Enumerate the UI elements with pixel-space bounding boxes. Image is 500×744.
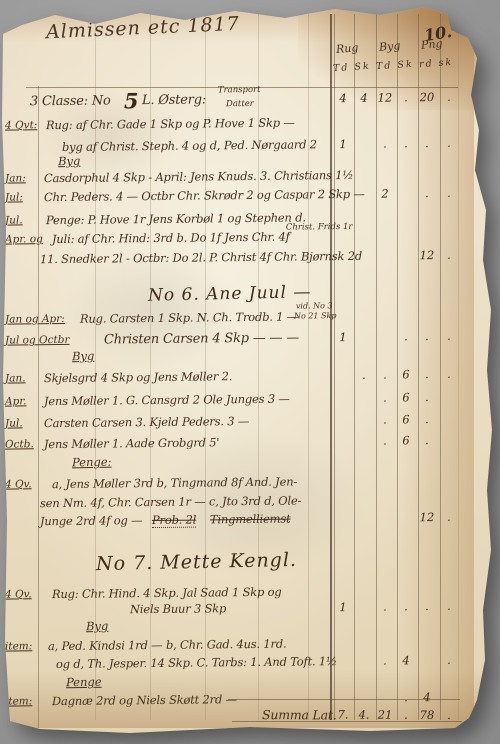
cell-byg-td: .: [376, 412, 394, 426]
entry-text: Jens Møller 1. Aade Grobgrd 5': [44, 435, 219, 451]
entry-text: Rug: af Chr. Gade 1 Skp og P. Hove 1 Skp…: [46, 116, 295, 133]
subheader-byg: Byg: [58, 154, 81, 168]
column-subheader-byg: Td Sk: [376, 59, 414, 73]
ledger-row: Apr. Jens Møller 1. G. Cansgrd 2 Ole Jun…: [0, 389, 500, 414]
cell-png-sk: .: [440, 136, 458, 150]
ledger-row: Jul: Chr. Peders. 4 — Octbr Chr. Skrødr …: [0, 185, 500, 210]
photo-background: Almissen etc 1817 10. Rug Td Sk Byg Td S…: [0, 0, 500, 744]
cell-byg-sk: 6: [397, 390, 415, 404]
section-heading-no6: No 6. Ane Juul —: [148, 282, 312, 305]
ledger-row: og d, Th. Jesper. 14 Skp. C. Tarbs: 1. A…: [0, 652, 500, 677]
margin-label: Jul:: [5, 191, 23, 203]
entry-text: Christen Carsen 4 Skp — — —: [104, 330, 299, 347]
ledger-row: Jan. Skjelsgrd 4 Skp og Jens Møller 2. .…: [0, 366, 500, 391]
cell-png-rd: 12: [418, 248, 436, 262]
ledger-row: Octb. Jens Møller 1. Aade Grobgrd 5' . 6…: [0, 432, 500, 457]
margin-label: Jul.: [5, 214, 23, 226]
margin-label: Jul og Octbr: [5, 334, 70, 347]
entry-note-line1: vid. No 3: [296, 301, 333, 310]
column-header-rug: Rug: [335, 41, 358, 56]
subheader-penge: Penge: [66, 675, 102, 690]
entry-text: a, Ped. Kindsi 1rd — b, Chr. Gad. 4us. 1…: [48, 637, 287, 653]
entry-text: L. Østerg:: [142, 92, 206, 108]
margin-label: Octb.: [5, 438, 34, 450]
cell-byg-td: .: [376, 599, 394, 613]
margin-label: Apr.: [5, 395, 27, 407]
summa-label: Summa Lat.: [262, 707, 337, 722]
cell-png-rd: .: [418, 599, 436, 613]
column-header-png: Png: [420, 37, 443, 52]
cell-png-sk: .: [440, 510, 458, 524]
entry-text: byg af Christ. Steph. 4 og d, Ped. Nørga…: [62, 137, 317, 154]
cell-byg-sk: 6: [397, 433, 415, 447]
entry-text: Rug. Carsten 1 Skp. N. Ch. Trodb. 1 —: [80, 309, 298, 325]
subheader-penge: Penge:: [72, 455, 112, 470]
entry-text: Jens Møller 1. G. Cansgrd 2 Ole Junges 3…: [44, 392, 290, 409]
column-subheader-rug: Td Sk: [333, 61, 371, 75]
column-subheader-png: rd sk: [419, 57, 454, 70]
subheader-byg: Byg: [86, 619, 109, 633]
cell-png-sk: .: [440, 367, 458, 381]
cell-byg-td: 21: [376, 708, 394, 722]
entry-subscript: Datter: [226, 99, 254, 109]
cell-byg-td: .: [376, 433, 394, 447]
cell-png-rd: 78: [418, 708, 436, 722]
margin-label: 4 Qvt:: [5, 119, 37, 131]
cell-byg-sk: .: [397, 690, 415, 704]
cell-png-rd: .: [418, 186, 436, 200]
subheader-byg: Byg: [72, 349, 95, 363]
cell-png-sk: .: [440, 599, 458, 613]
margin-label: Jan:: [5, 172, 26, 184]
cell-png-rd: .: [418, 329, 436, 343]
cell-png-sk: .: [440, 186, 458, 200]
cell-rug-td: 7.: [334, 707, 352, 721]
cell-byg-td: .: [376, 390, 394, 404]
column-header-byg: Byg: [378, 39, 400, 54]
entry-text: Casdorphul 4 Skp - April: Jens Knuds. 3.…: [44, 168, 353, 185]
cell-byg-sk: .: [397, 329, 415, 343]
entry-text: Skjelsgrd 4 Skp og Jens Møller 2.: [44, 369, 232, 385]
cell-png-sk: .: [440, 329, 458, 343]
cell-rug-td: 1: [334, 330, 352, 344]
summa-row: Summa Lat. 7. 4. 21 . 78 .: [0, 706, 500, 729]
entry-note-line2: No 21 Skp: [294, 311, 337, 320]
margin-label: Jul.: [5, 417, 23, 429]
entry-text-struck: Prob. 2l: [152, 513, 196, 528]
manuscript-page: Almissen etc 1817 10. Rug Td Sk Byg Td S…: [0, 0, 500, 744]
ledger-row: 4 Qvt: Rug: af Chr. Gade 1 Skp og P. Hov…: [0, 113, 500, 138]
cell-byg-sk: .: [397, 90, 415, 104]
cell-png-rd: .: [418, 390, 436, 404]
cell-byg-td: 12: [376, 90, 394, 104]
cell-png-rd: 20: [418, 90, 436, 104]
entry-number-large: 5: [124, 88, 139, 113]
cell-byg-td: 2: [376, 186, 394, 200]
margin-label: 4 Qv.: [5, 588, 32, 600]
cell-byg-td: .: [376, 653, 394, 667]
entry-text: Chr. Peders. 4 — Octbr Chr. Skrødr 2 og …: [44, 187, 365, 204]
entry-text: 3 Classe: No: [30, 93, 111, 109]
ledger-row: Niels Buur 3 Skp 1 . . . .: [0, 598, 500, 623]
ledger-row: 11. Snedker 2l - Octbr: Do 2l. P. Christ…: [0, 247, 500, 272]
entry-text-struck: Tingmelliemst: [210, 512, 291, 527]
cell-png-rd: .: [418, 412, 436, 426]
cell-byg-sk: .: [397, 708, 415, 722]
margin-label: 4 Qv.: [5, 478, 32, 490]
cell-png-sk: .: [440, 90, 458, 104]
cell-png-rd: .: [418, 433, 436, 447]
cell-rug-sk: 4: [355, 91, 373, 105]
cell-byg-sk: 4: [397, 653, 415, 667]
section-heading-no7: No 7. Mette Kengl.: [96, 549, 297, 575]
margin-label: item:: [5, 640, 32, 652]
entry-text: 11. Snedker 2l - Octbr: Do 2l. P. Christ…: [40, 249, 362, 266]
cell-byg-sk: 6: [397, 367, 415, 381]
entry-superscript: Christ. Frids 1r: [286, 222, 353, 233]
cell-png-rd: 4: [418, 690, 436, 704]
cell-rug-sk: .: [355, 368, 373, 382]
cell-rug-td: 1: [334, 137, 352, 151]
cell-byg-sk: 6: [397, 412, 415, 426]
entry-text: Carsten Carsen 3. Kjeld Peders. 3 —: [44, 414, 249, 430]
cell-byg-td: .: [376, 367, 394, 381]
page-shadow-wrap: Almissen etc 1817 10. Rug Td Sk Byg Td S…: [0, 0, 500, 744]
cell-rug-td: 4: [334, 91, 352, 105]
ledger-row: 3 Classe: No 5 L. Østerg: Transport Datt…: [0, 89, 500, 114]
cell-rug-td: 1: [334, 600, 352, 614]
margin-label: Jan.: [5, 372, 26, 384]
cell-byg-td: .: [376, 136, 394, 150]
cell-png-rd: .: [418, 367, 436, 381]
entry-superscript: Transport: [218, 85, 261, 95]
ledger-row: Junge 2rd 4f og — Prob. 2l Tingmelliemst…: [0, 509, 500, 534]
cell-png-rd: 12: [418, 510, 436, 524]
cell-png-rd: .: [418, 136, 436, 150]
margin-label: Apr. og: [5, 233, 43, 245]
cell-png-sk: .: [440, 708, 458, 722]
cell-rug-sk: 4.: [355, 708, 373, 722]
entry-text: Rug: Chr. Hind. 4 Skp. Jal Saad 1 Skp og: [52, 585, 282, 601]
cell-byg-sk: .: [397, 599, 415, 613]
page-title: Almissen etc 1817: [46, 13, 241, 43]
cell-png-sk: .: [440, 653, 458, 667]
cell-png-sk: .: [440, 248, 458, 262]
cell-byg-sk: .: [397, 136, 415, 150]
entry-text: Penge: P. Hove 1r Jens Korbøl 1 og Steph…: [46, 210, 306, 227]
entry-text: sen Nm. 4f, Chr. Carsen 1r — c, Jto 3rd …: [40, 493, 301, 510]
entry-text: a, Jens Møller 3rd b, Tingmand 8f And. J…: [52, 475, 297, 492]
entry-text: Junge 2rd 4f og —: [40, 513, 143, 528]
entry-text: Juli: af Chr. Hind: 3rd b. Do 1f Jens Ch…: [52, 230, 290, 246]
entry-text: og d, Th. Jesper. 14 Skp. C. Tarbs: 1. A…: [56, 654, 337, 671]
entry-text: Niels Buur 3 Skp: [130, 601, 226, 616]
margin-label: Jan og Apr:: [5, 313, 65, 326]
